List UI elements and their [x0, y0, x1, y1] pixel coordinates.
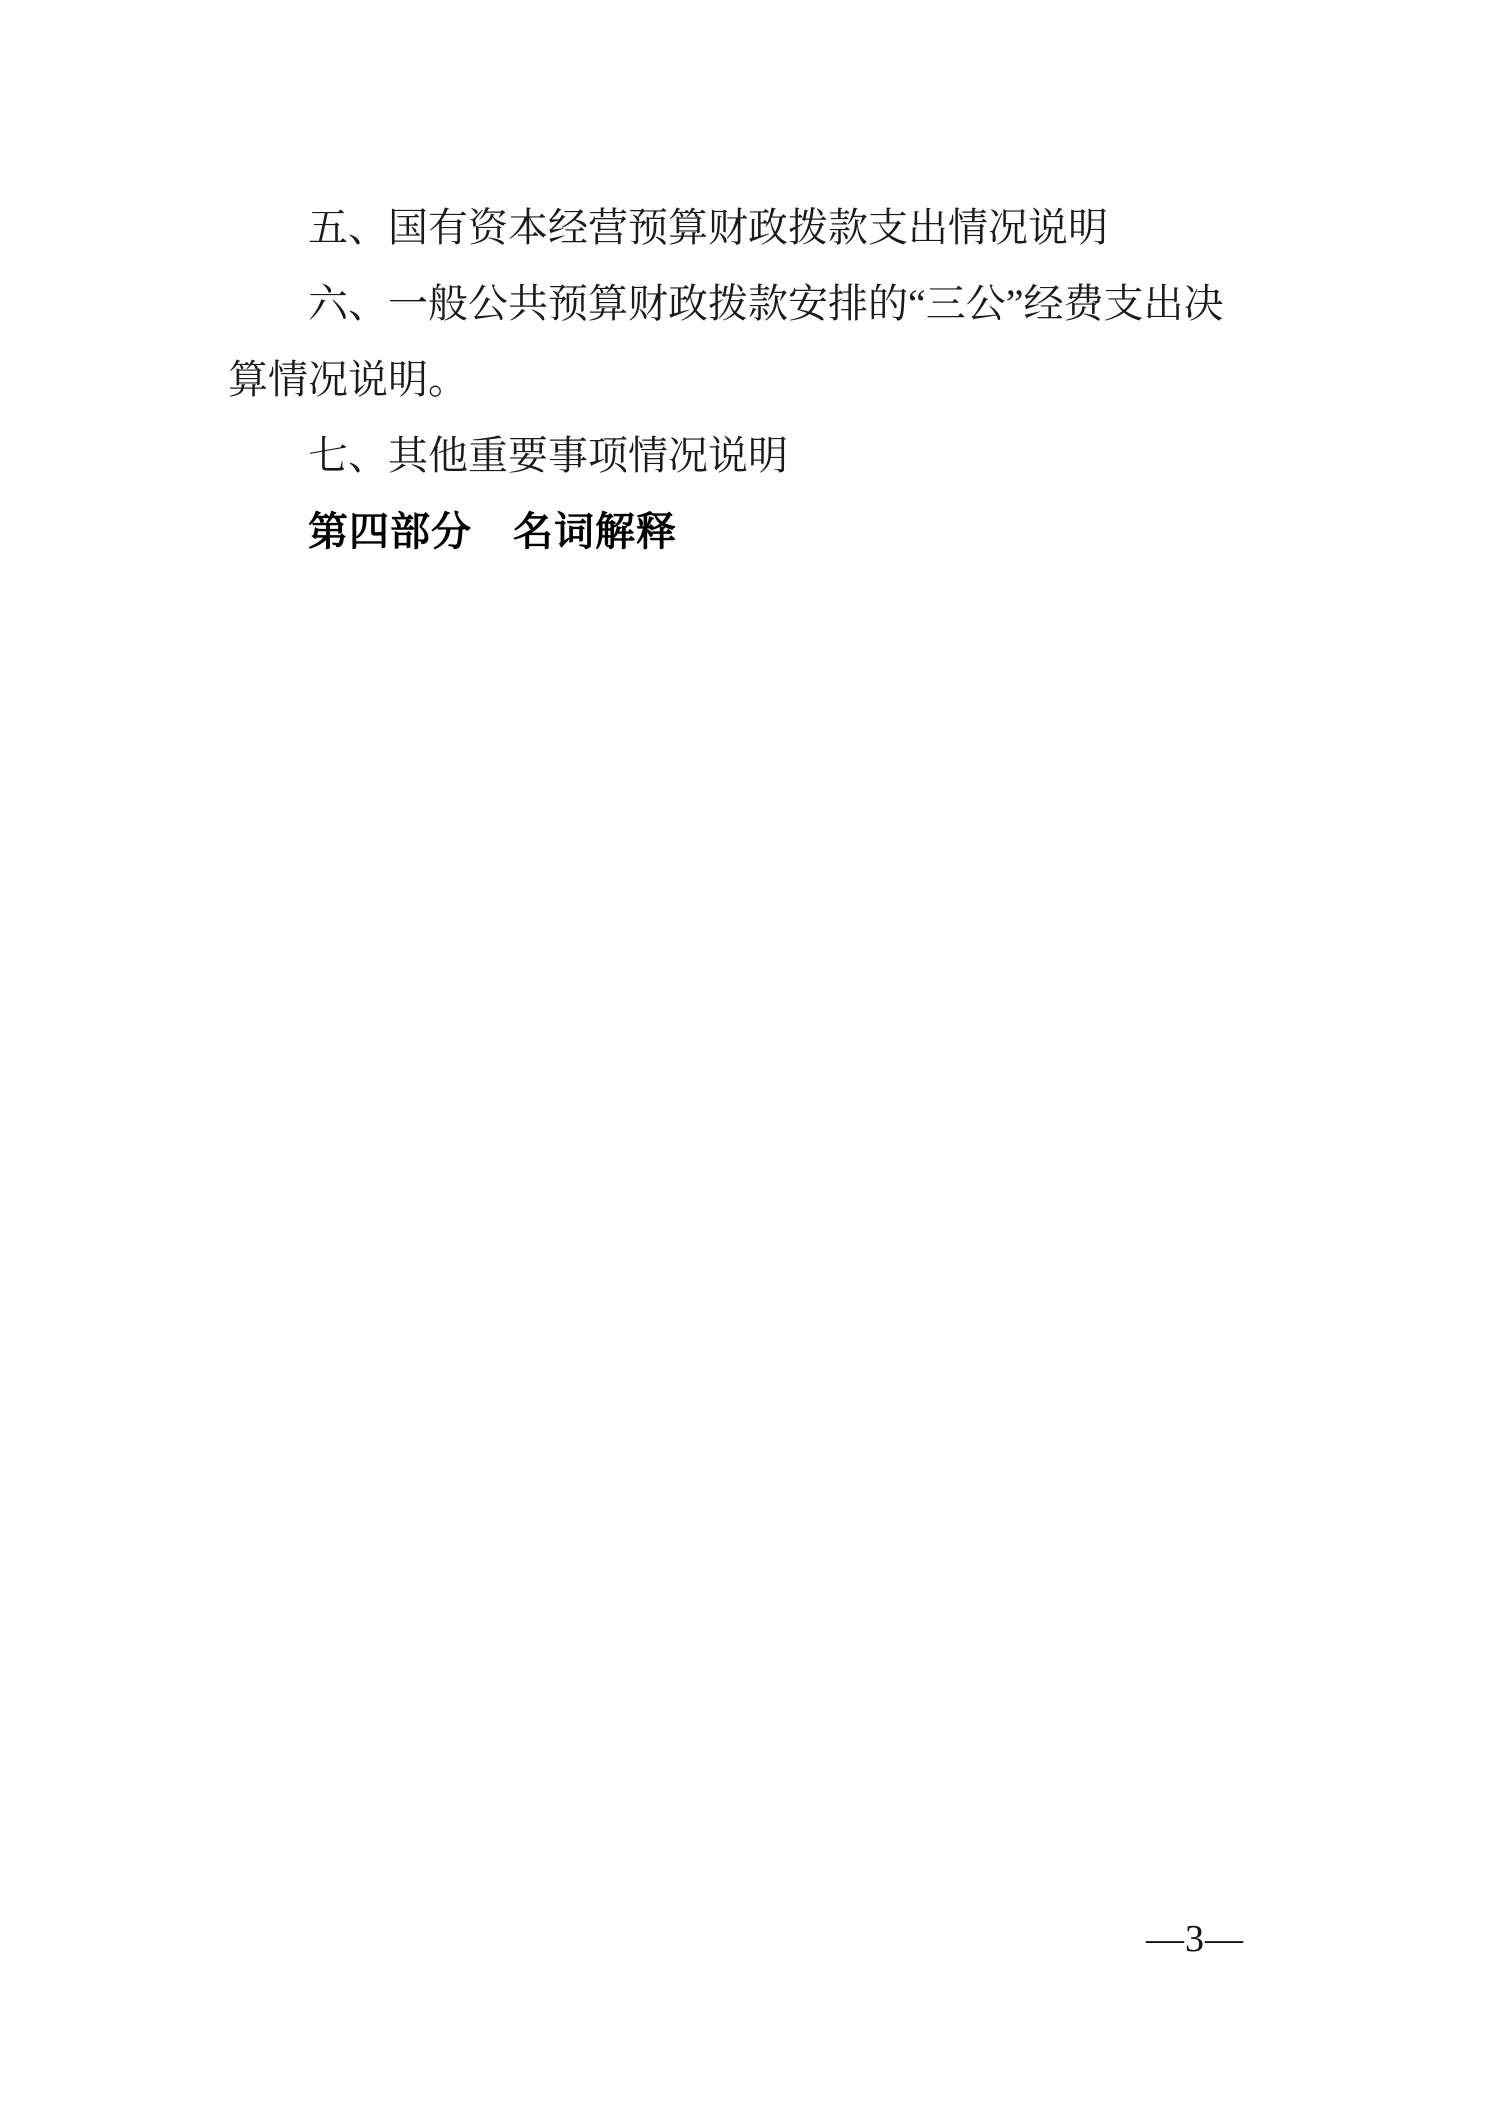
- toc-item-six-line-2: 算情况说明。: [228, 342, 1274, 418]
- toc-item-five: 五、国有资本经营预算财政拨款支出情况说明: [228, 190, 1274, 266]
- toc-item-seven: 七、其他重要事项情况说明: [228, 418, 1274, 494]
- toc-item-six-line-1: 六、一般公共预算财政拨款安排的“三公”经费支出决: [228, 266, 1274, 342]
- page-number: —3—: [1146, 1918, 1244, 1960]
- document-page: 五、国有资本经营预算财政拨款支出情况说明 六、一般公共预算财政拨款安排的“三公”…: [0, 0, 1500, 2121]
- toc-content: 五、国有资本经营预算财政拨款支出情况说明 六、一般公共预算财政拨款安排的“三公”…: [228, 190, 1274, 570]
- section-heading-part-four: 第四部分 名词解释: [228, 494, 1274, 570]
